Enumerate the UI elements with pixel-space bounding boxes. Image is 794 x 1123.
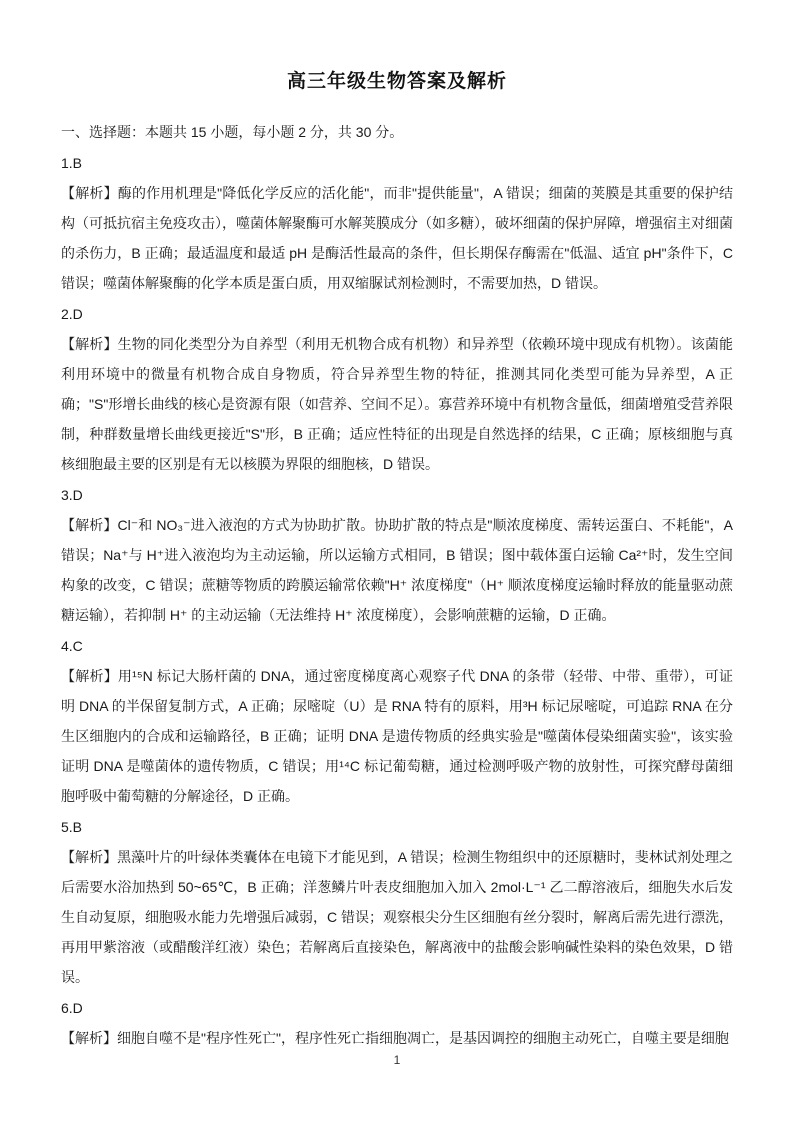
answer-number: 2.D — [61, 298, 733, 329]
answer-number: 3.D — [61, 479, 733, 510]
answer-number: 1.B — [61, 147, 733, 178]
answer-item: 1.B 【解析】酶的作用机理是"降低化学反应的活化能"，而非"提供能量"，A 错… — [61, 147, 733, 298]
answer-number: 6.D — [61, 992, 733, 1023]
answer-item: 5.B 【解析】黑藻叶片的叶绿体类囊体在电镜下才能见到，A 错误；检测生物组织中… — [61, 811, 733, 992]
document-page: 高三年级生物答案及解析 一、选择题：本题共 15 小题，每小题 2 分，共 30… — [0, 0, 794, 1123]
analysis-text: 【解析】细胞自噬不是"程序性死亡"，程序性死亡指细胞凋亡，是基因调控的细胞主动死… — [61, 1023, 733, 1053]
answer-number: 5.B — [61, 811, 733, 842]
answer-item: 4.C 【解析】用¹⁵N 标记大肠杆菌的 DNA，通过密度梯度离心观察子代 DN… — [61, 630, 733, 811]
analysis-text: 【解析】生物的同化类型分为自养型（利用无机物合成有机物）和异养型（依赖环境中现成… — [61, 329, 733, 479]
answer-item: 2.D 【解析】生物的同化类型分为自养型（利用无机物合成有机物）和异养型（依赖环… — [61, 298, 733, 479]
answer-item: 6.D 【解析】细胞自噬不是"程序性死亡"，程序性死亡指细胞凋亡，是基因调控的细… — [61, 992, 733, 1053]
answer-item: 3.D 【解析】Cl⁻和 NO₃⁻进入液泡的方式为协助扩散。协助扩散的特点是"顺… — [61, 479, 733, 630]
analysis-text: 【解析】用¹⁵N 标记大肠杆菌的 DNA，通过密度梯度离心观察子代 DNA 的条… — [61, 661, 733, 811]
analysis-text: 【解析】Cl⁻和 NO₃⁻进入液泡的方式为协助扩散。协助扩散的特点是"顺浓度梯度… — [61, 510, 733, 630]
section-heading: 一、选择题：本题共 15 小题，每小题 2 分，共 30 分。 — [61, 117, 733, 147]
analysis-text: 【解析】黑藻叶片的叶绿体类囊体在电镜下才能见到，A 错误；检测生物组织中的还原糖… — [61, 842, 733, 992]
answer-number: 4.C — [61, 630, 733, 661]
page-number: 1 — [0, 1053, 794, 1067]
analysis-text: 【解析】酶的作用机理是"降低化学反应的活化能"，而非"提供能量"，A 错误；细菌… — [61, 178, 733, 298]
page-title: 高三年级生物答案及解析 — [61, 66, 733, 93]
